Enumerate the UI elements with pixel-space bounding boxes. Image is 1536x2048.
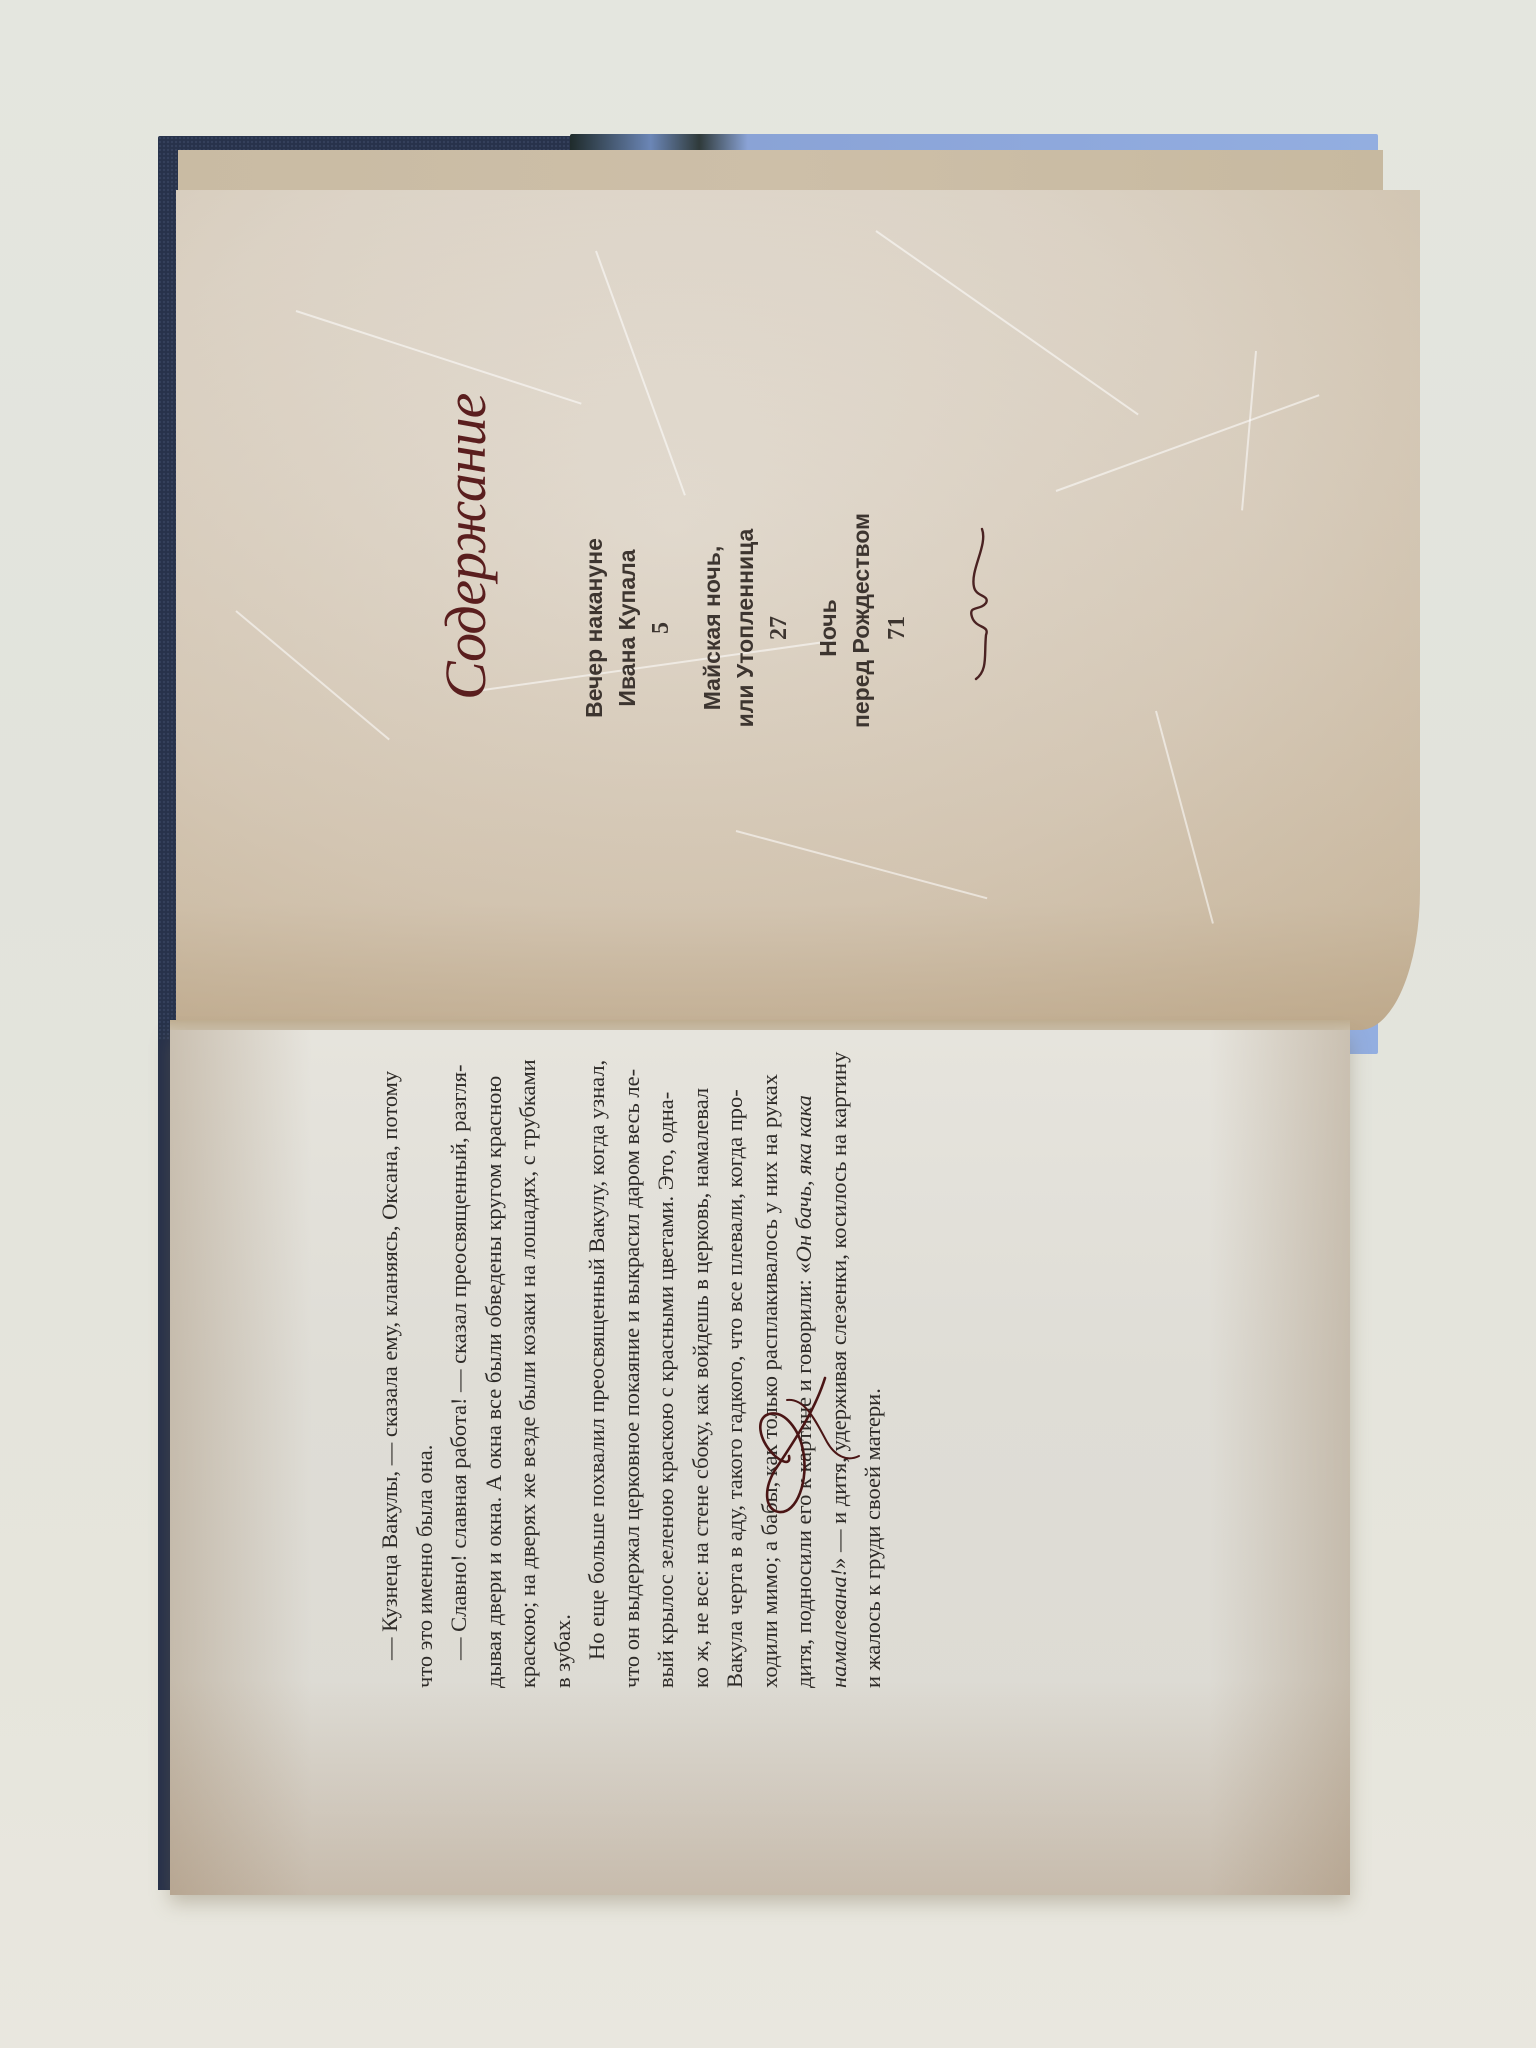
text-line: вый крылос зеленою краскою с красными цв…: [649, 1128, 684, 1688]
text-line: дывая двери и окна. А окна все были обве…: [477, 1128, 512, 1688]
text-line: краскою; на дверях же везде были козаки …: [511, 1128, 546, 1688]
toc-entry-3-title-line-2: перед Рождеством: [845, 528, 878, 728]
toc-page: [176, 190, 1420, 1030]
flourish-divider-icon: [960, 525, 1010, 685]
italic-fragment: Он бачь, яка кака: [791, 1095, 816, 1262]
calligraphic-x-flourish-icon: [745, 1370, 865, 1520]
italic-fragment: намалевана!: [826, 1569, 851, 1688]
text-line: Но еще больше похвалил преосвященный Вак…: [580, 1128, 615, 1688]
toc-entry-2[interactable]: Майская ночь, или Утопленница: [696, 528, 762, 728]
toc-entry-3-title-line-1: Ночь: [812, 528, 845, 728]
text-line: в зубах.: [546, 1128, 581, 1688]
text-line: — Кузнеца Вакулы, — сказала ему, кланяяс…: [373, 1128, 408, 1688]
text-line: ко ж, не все: на стене сбоку, как войдеш…: [684, 1128, 719, 1688]
text-line: что это именно была она.: [408, 1128, 443, 1688]
toc-entry-2-page: 27: [766, 528, 793, 728]
toc-entry-3[interactable]: Ночь перед Рождеством: [812, 528, 878, 728]
text-line: — Славно! славная работа! — сказал преос…: [442, 1128, 477, 1688]
toc-entry-1[interactable]: Вечер накануне Ивана Купала: [578, 528, 644, 728]
text-line: что он выдержал церковное покаяние и вык…: [615, 1128, 650, 1688]
toc-entry-2-title-line-2: или Утопленница: [729, 528, 762, 728]
toc-entry-2-title-line-1: Майская ночь,: [696, 528, 729, 728]
toc-entry-1-page: 5: [648, 528, 675, 728]
toc-entry-1-title-line-1: Вечер накануне: [578, 528, 611, 728]
toc-entry-1-title-line-2: Ивана Купала: [611, 528, 644, 728]
toc-entry-3-page: 71: [884, 528, 911, 728]
toc-title: Содержание: [432, 394, 499, 700]
